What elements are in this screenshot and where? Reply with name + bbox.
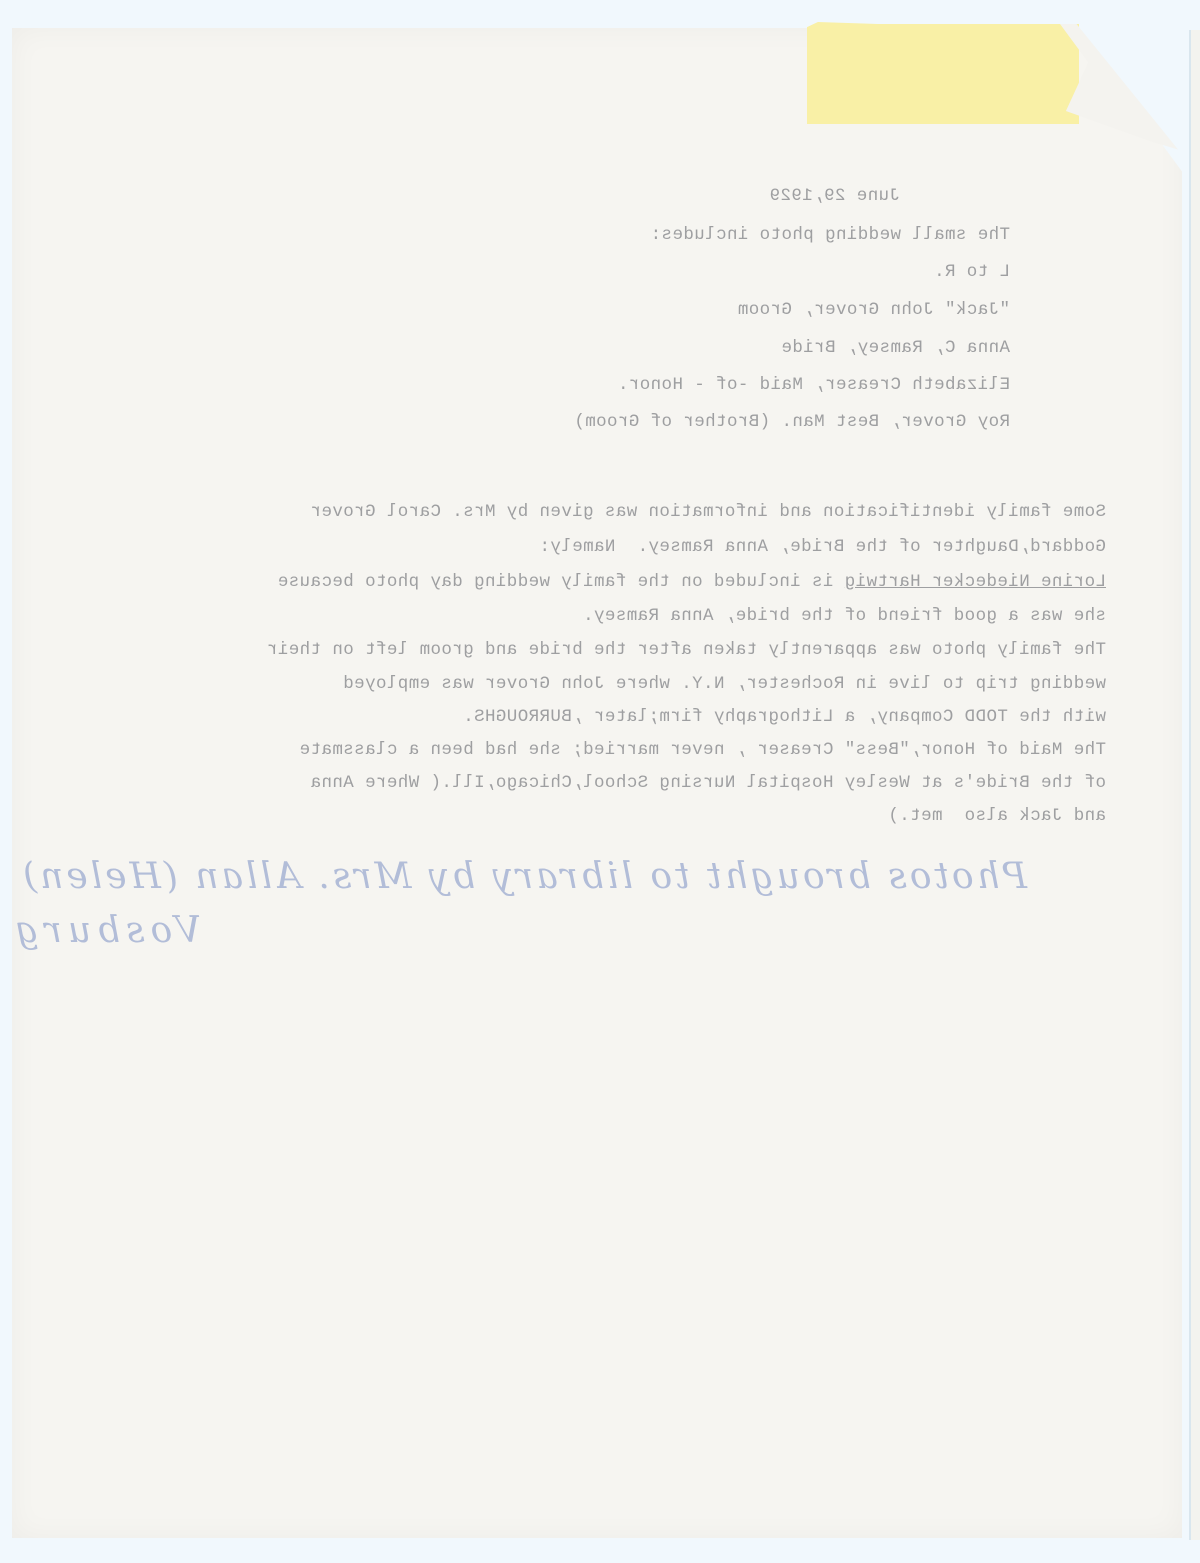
body-line-6: wedding trip to live in Rochester, N.Y. …: [343, 674, 1106, 694]
caption-order: L to R.: [934, 262, 1010, 282]
underlined-name: Lorine Niedecker Hartwig: [844, 572, 1106, 592]
caption-person-4: Roy Grover, Best Man. (Brother of Groom): [574, 412, 1010, 432]
handwritten-note-line-1: Photos brought to library by Mrs. Allan …: [20, 856, 1027, 897]
body-line-8: The Maid of Honor,"Bess" Creaser , never…: [299, 740, 1106, 760]
body-line-3: Lorine Niedecker Hartwig is included on …: [277, 572, 1106, 592]
body-line-4: she was a good friend of the bride, Anna…: [583, 606, 1106, 626]
body-line-1: Some family identification and informati…: [310, 502, 1106, 522]
body-line-9: of the Bride's at Wesley Hospital Nursin…: [310, 773, 1106, 793]
body-line-2: Goddard,Daughter of the Bride, Anna Rams…: [539, 537, 1106, 557]
handwritten-note-line-2: Vosburg: [10, 910, 201, 951]
caption-person-2: Anna C, Ramsey, Bride: [781, 338, 1010, 358]
body-line-7: with the TODD Company, a Lithography fir…: [463, 707, 1106, 727]
caption-person-3: Elizabeth Creaser, Maid -of - Honor.: [618, 375, 1010, 395]
body-line-10: and Jack also met.): [888, 806, 1106, 826]
mirrored-content: June 29,1929 The small wedding photo inc…: [0, 0, 1200, 1563]
body-line-5: The family photo was apparently taken af…: [267, 640, 1106, 660]
caption-person-1: "Jack" John Grover, Groom: [737, 300, 1010, 320]
caption-intro: The small wedding photo includes:: [650, 225, 1010, 245]
document-date: June 29,1929: [769, 186, 900, 206]
